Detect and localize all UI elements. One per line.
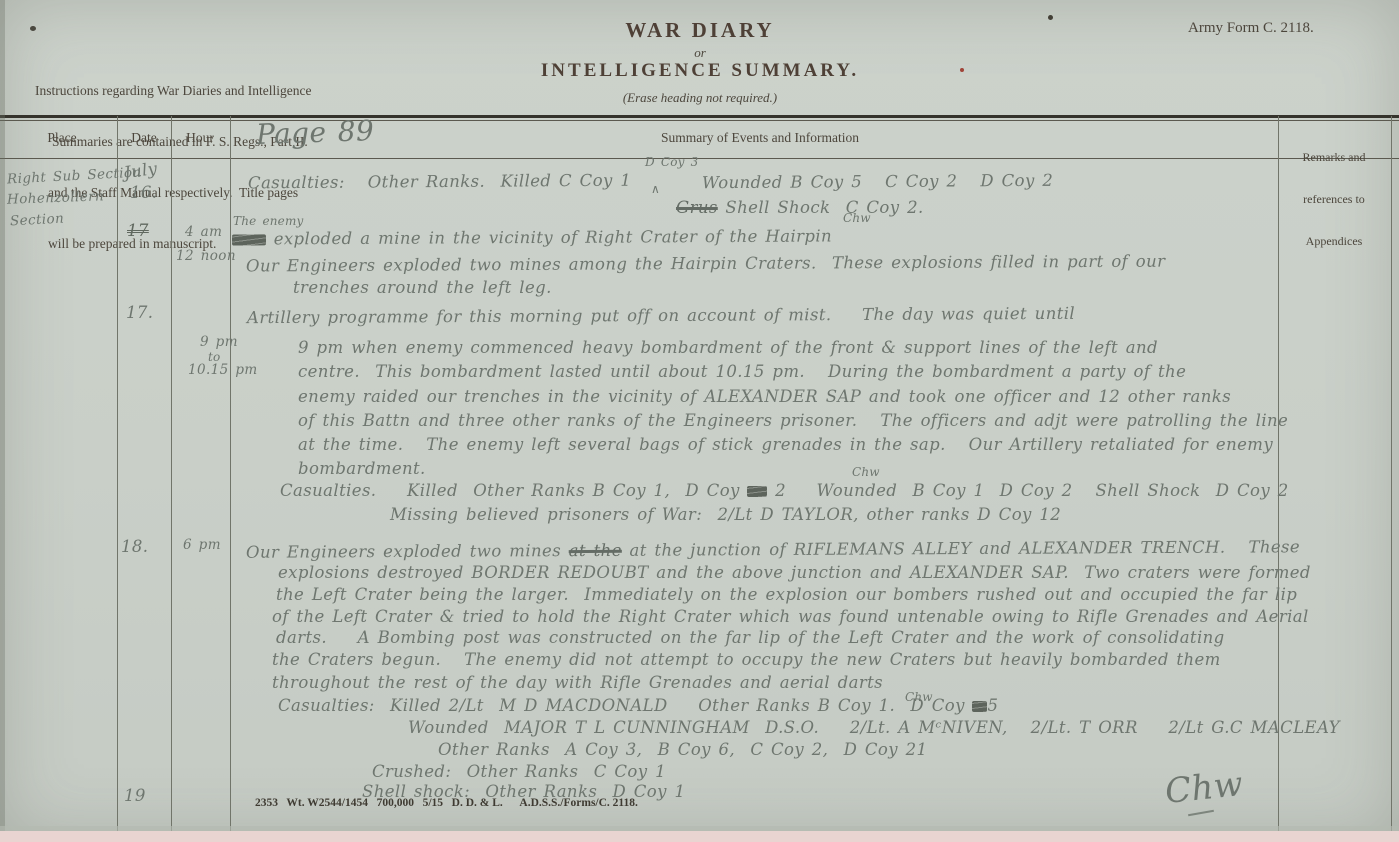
other-ranks-line-18: Other Ranks A Coy 3, B Coy 6, C Coy 2, D… bbox=[438, 740, 927, 759]
col-header-remarks: Remarks and references to Appendices bbox=[1303, 122, 1366, 276]
shellshock-text: Shell Shock C Coy 2. bbox=[725, 198, 923, 217]
entry-18-line: explosions destroyed BORDER REDOUBT and … bbox=[278, 563, 1311, 582]
mine-line-16: exploded a mine in the vicinity of Right… bbox=[232, 226, 832, 248]
insertion-caret: ∧ bbox=[651, 182, 660, 196]
war-diary-page: Instructions regarding War Diaries and I… bbox=[0, 0, 1399, 842]
hour-4am: 4 am bbox=[185, 224, 222, 240]
casualties-18b: 5 bbox=[987, 696, 998, 715]
scribble-blot bbox=[232, 234, 266, 245]
initials-chw: Chw bbox=[852, 465, 880, 479]
col-header-date: Date bbox=[131, 130, 156, 146]
army-form-number: Army Form C. 2118. bbox=[1188, 20, 1314, 37]
form-title-or: or bbox=[694, 45, 706, 61]
entry-17-line: 9 pm when enemy commenced heavy bombardm… bbox=[298, 338, 1158, 357]
casualties-17b: 2 Wounded B Coy 1 D Coy 2 Shell Shock D … bbox=[775, 481, 1289, 500]
shellshock-line-16: Grus Shell Shock C Coy 2. bbox=[676, 198, 924, 217]
crushed-line-18: Crushed: Other Ranks C Coy 1 bbox=[372, 762, 666, 781]
entry-17-line: Artillery programme for this morning put… bbox=[247, 304, 1075, 327]
column-divider-place-date bbox=[117, 116, 118, 842]
scribble-blot bbox=[972, 701, 987, 712]
remarks-line: references to bbox=[1303, 192, 1366, 206]
hour-9pm: 9 pm bbox=[200, 334, 238, 350]
date-19: 19 bbox=[124, 786, 146, 805]
entry-17-line: bombardment. bbox=[298, 459, 426, 478]
col-header-hour: Hour bbox=[186, 130, 214, 146]
initials-chw: Chw bbox=[905, 690, 933, 704]
entry-18-line: of the Left Crater & tried to hold the R… bbox=[272, 607, 1309, 626]
entry-18-l1b: at the junction of RIFLEMANS ALLEY and A… bbox=[629, 537, 1300, 560]
entry-18-line: darts. A Bombing post was constructed on… bbox=[276, 628, 1225, 647]
mine-text: exploded a mine in the vicinity of Right… bbox=[274, 226, 832, 248]
date-16: 16. bbox=[130, 183, 157, 202]
date-18: 18. bbox=[121, 537, 148, 556]
signature-initials: Chw bbox=[1163, 764, 1245, 812]
casualties-line-18: Casualties: Killed 2/Lt M D MACDONALD Ot… bbox=[278, 696, 998, 715]
scan-speck bbox=[1048, 15, 1053, 20]
struck-words: at the bbox=[569, 541, 622, 560]
form-subtitle: INTELLIGENCE SUMMARY. bbox=[541, 60, 859, 82]
casualties-line-16-wounded: Wounded B Coy 5 C Coy 2 D Coy 2 bbox=[702, 171, 1053, 192]
casualties-line-17: Casualties. Killed Other Ranks B Coy 1, … bbox=[280, 481, 1289, 500]
remarks-line: Appendices bbox=[1303, 234, 1366, 248]
missing-line-17: Missing believed prisoners of War: 2/Lt … bbox=[390, 505, 1061, 524]
casualties-17a: Casualties. Killed Other Ranks B Coy 1, … bbox=[280, 481, 740, 500]
mines-line-16a: Our Engineers exploded two mines among t… bbox=[246, 252, 1166, 276]
entry-18-line1: Our Engineers exploded two mines at the … bbox=[246, 537, 1300, 562]
entry-17-line: centre. This bombardment lasted until ab… bbox=[298, 362, 1186, 381]
col-header-summary: Summary of Events and Information bbox=[661, 130, 859, 146]
initials-chw: Chw bbox=[843, 211, 871, 225]
hour-1015pm: 10.15 pm bbox=[188, 362, 258, 378]
entry-18-l1a: Our Engineers exploded two mines bbox=[246, 541, 561, 562]
wounded-line-18: Wounded MAJOR T L CUNNINGHAM D.S.O. 2/Lt… bbox=[408, 718, 1340, 737]
hour-6pm: 6 pm bbox=[183, 537, 221, 553]
column-divider-hour-summary bbox=[230, 116, 231, 842]
header-rule-heavy bbox=[0, 115, 1399, 118]
entry-18-line: throughout the rest of the day with Rifl… bbox=[272, 673, 883, 692]
signature-underline bbox=[1188, 810, 1214, 816]
entry-17-line: enemy raided our trenches in the vicinit… bbox=[298, 387, 1231, 406]
form-title: WAR DIARY bbox=[625, 18, 774, 43]
printer-imprint: 2353 Wt. W2544/1454 700,000 5/15 D. D. &… bbox=[255, 797, 638, 809]
scan-bottom-pink-edge bbox=[0, 831, 1399, 842]
column-divider-date-hour bbox=[171, 116, 172, 842]
place-entry: Hohenzollern bbox=[7, 188, 105, 207]
entry-17-line: at the time. The enemy left several bags… bbox=[298, 435, 1273, 454]
mines-line-16b: trenches around the left leg. bbox=[293, 278, 552, 297]
insert-d-coy-3: D Coy 3 bbox=[645, 155, 698, 169]
struck-word: Grus bbox=[676, 198, 718, 217]
entry-18-line: the Craters begun. The enemy did not att… bbox=[272, 650, 1221, 669]
insert-the-enemy: The enemy bbox=[233, 214, 304, 228]
date-17-struck-out: 17 bbox=[127, 221, 149, 240]
place-entry: Section bbox=[10, 211, 65, 230]
date-17: 17. bbox=[126, 303, 153, 322]
casualties-line-16: Casualties: Other Ranks. Killed C Coy 1 bbox=[248, 171, 631, 193]
scribble-blot bbox=[747, 486, 767, 497]
header-rule-thin bbox=[0, 120, 1399, 121]
page-number: Page 89 bbox=[255, 114, 374, 151]
scan-left-edge bbox=[0, 0, 5, 842]
entry-18-line: the Left Crater being the larger. Immedi… bbox=[276, 585, 1297, 604]
column-header-underline bbox=[0, 158, 1399, 159]
scan-speck bbox=[30, 26, 36, 31]
erase-note: (Erase heading not required.) bbox=[623, 90, 777, 106]
hour-12noon: 12 noon bbox=[176, 248, 236, 264]
table-right-border bbox=[1391, 116, 1392, 842]
casualties-18a: Casualties: Killed 2/Lt M D MACDONALD Ot… bbox=[278, 696, 965, 715]
instructions-line: Instructions regarding War Diaries and I… bbox=[35, 82, 311, 99]
scan-speck bbox=[960, 68, 964, 72]
entry-17-line: of this Battn and three other ranks of t… bbox=[298, 411, 1288, 430]
col-header-place: Place bbox=[47, 130, 76, 146]
remarks-line: Remarks and bbox=[1303, 150, 1366, 164]
